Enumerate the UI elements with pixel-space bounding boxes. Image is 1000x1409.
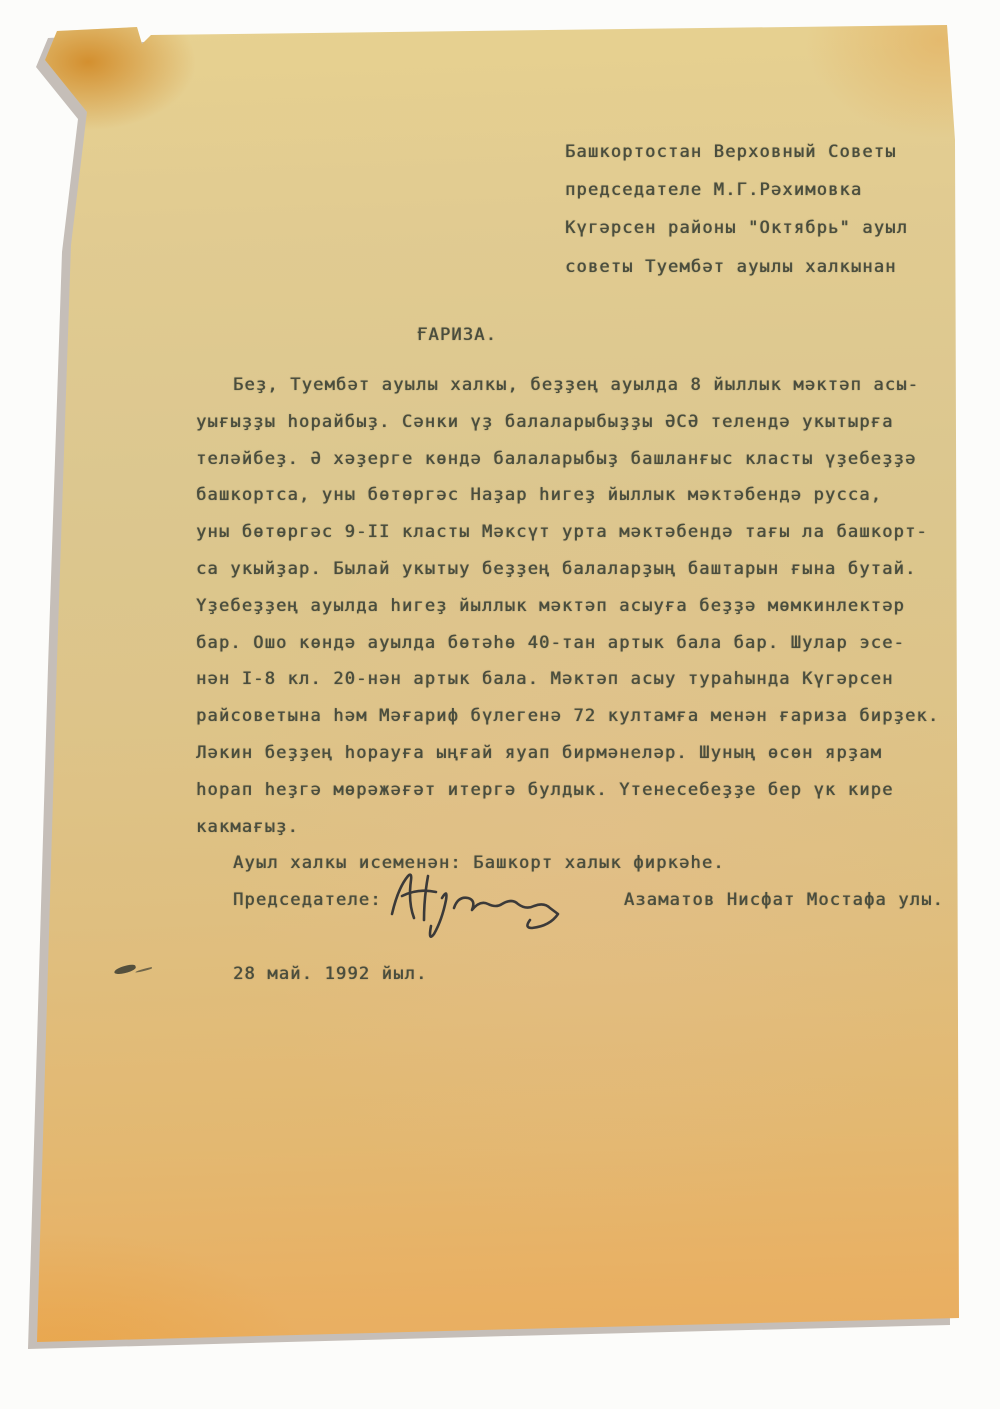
signatory-name: Азаматов Нисфат Мостафа улы. [624,882,944,919]
document-title: ҒАРИЗА. [417,317,497,354]
signature-label: Председателе: [196,882,382,919]
body-line: Беҙ, Туембәт ауылы халкы, беҙҙең ауылда … [196,367,944,404]
recipient-line: советы Туембәт ауылы халкынан [565,248,908,286]
body-line: Үҙебеҙҙең ауылда һигеҙ йыллык мәктәп асы… [196,588,944,625]
handwritten-signature [384,868,584,940]
body-line: нән I-8 кл. 20-нән артык бала. Мәктәп ас… [196,661,944,698]
recipient-line: председателе М.Г.Рәхимовка [565,171,908,209]
body-line: уығыҙҙы һорайбыҙ. Сәнки үҙ балаларыбыҙҙы… [196,404,944,441]
body-line: какмағыҙ. [196,809,944,846]
recipient-line: Күгәрсен районы "Октябрь" ауыл [565,209,908,247]
body-line: башкортса, уны бөтөргәс Наҙар һигеҙ йылл… [196,477,944,514]
recipient-line: Башкортостан Верховный Советы [565,133,908,171]
body-line: теләйбеҙ. Ә хәҙерге көндә балаларыбыҙ ба… [196,441,944,478]
body-line: бар. Ошо көндә ауылда бөтәһө 40-тан арты… [196,625,944,662]
body-line: райсоветына һәм Мәғариф бүлегенә 72 култ… [196,698,944,735]
photo-background: Башкортостан Верховный Советы председате… [0,0,1000,1409]
recipient-block: Башкортостан Верховный Советы председате… [565,133,908,286]
body-line: уны бөтөргәс 9-II класты Мәксүт урта мәк… [196,514,944,551]
date-line: 28 май. 1992 йыл. [196,956,944,993]
body-line: са укыйҙар. Былай укытыу беҙҙең балаларҙ… [196,551,944,588]
body-line: Ләкин беҙҙең һорауға ыңғай яуап бирмәнел… [196,735,944,772]
body-line: һорап һеҙгә мөрәжәғәт итергә булдык. Үте… [196,772,944,809]
